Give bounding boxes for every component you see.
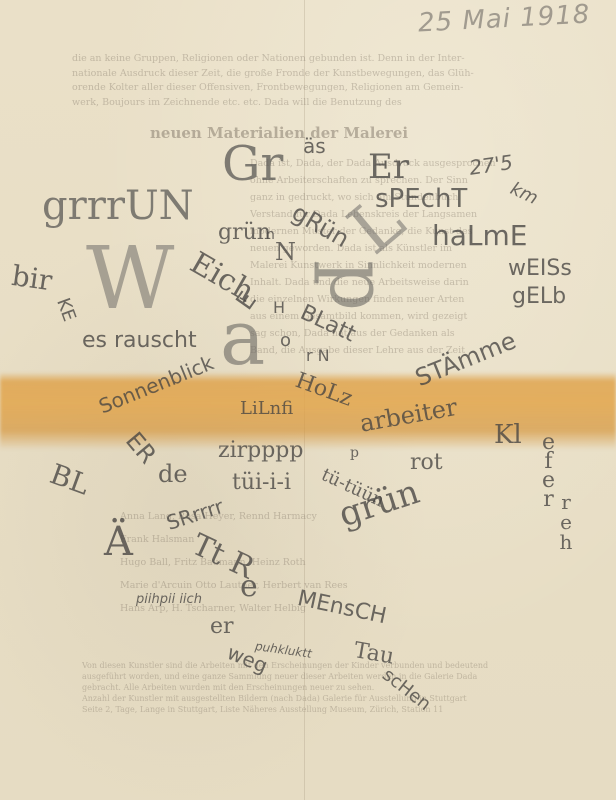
word-p-big: p — [318, 260, 398, 311]
word-er-3: er — [210, 616, 234, 638]
word-gelb: gELb — [512, 286, 566, 308]
word-weiss: wEISs — [508, 258, 572, 280]
date-note: 25 Mai 1918 — [417, 0, 591, 38]
word-o: o — [280, 332, 291, 350]
word-gr: Gr — [222, 140, 283, 188]
word-birke-1: bir — [10, 262, 54, 295]
word-tui: tüi-i-i — [232, 472, 291, 494]
word-h: H — [273, 300, 285, 316]
word-w: W — [86, 236, 174, 322]
printed-text-top: die an keine Gruppen, Religionen oder Na… — [72, 52, 542, 110]
word-n-small: n — [266, 228, 275, 242]
word-a-umlaut: Ä — [104, 522, 133, 562]
word-de: de — [158, 462, 188, 486]
printed-line: werk, Boujours im Zeichnende etc. etc. D… — [72, 96, 542, 111]
printed-line: die an keine Gruppen, Religionen oder Na… — [72, 52, 542, 67]
word-kiefer-k: Kl — [494, 422, 522, 448]
printed-line: Seite 2, Tage, Lange in Stuttgart, Liste… — [82, 704, 552, 715]
word-n2: N — [318, 346, 330, 365]
printed-line: orende Kolter aller dieser Offensiven, F… — [72, 81, 542, 96]
word-grun-1: grün — [218, 222, 271, 244]
word-r: r — [306, 346, 313, 365]
word-n: N — [275, 240, 296, 264]
printed-line: Anzahl der Kunstler mit ausgestellten Bi… — [82, 693, 552, 704]
word-rn: r N — [306, 348, 330, 364]
word-a-big: a — [220, 300, 265, 376]
printed-line: nationale Ausdruck dieser Zeit, die groß… — [72, 67, 542, 82]
word-reh: reh — [556, 490, 576, 550]
word-p-small: p — [350, 446, 359, 460]
word-as: äs — [303, 136, 326, 156]
dada-poem-sheet: die an keine Gruppen, Religionen oder Na… — [0, 0, 616, 800]
word-birke-2: KE — [53, 296, 78, 324]
word-rot: rot — [410, 452, 443, 474]
word-zirpppp: zirpppp — [218, 440, 303, 462]
word-bl: BL — [46, 460, 92, 500]
printed-line: ausgeführt worden, und eine ganze Sammlu… — [82, 671, 552, 682]
printed-line: gebracht. Alle Arbeiten wurden mit den E… — [82, 682, 552, 693]
printed-text-bottom: Von diesen Kunstler sind die Arbeiten mi… — [82, 660, 552, 715]
word-grrrun: grrrUN — [42, 186, 194, 226]
word-er: Er — [368, 150, 409, 184]
word-piihpii: piihpii iich — [136, 593, 202, 606]
word-lilin: LiLnfi — [240, 400, 293, 418]
word-e-small: e — [240, 572, 258, 602]
word-es-rauscht: es rauscht — [82, 330, 197, 352]
word-number: 27'5 — [468, 152, 514, 178]
printed-line: Von diesen Kunstler sind die Arbeiten mi… — [82, 660, 552, 671]
word-halme: haLmE — [432, 222, 527, 250]
